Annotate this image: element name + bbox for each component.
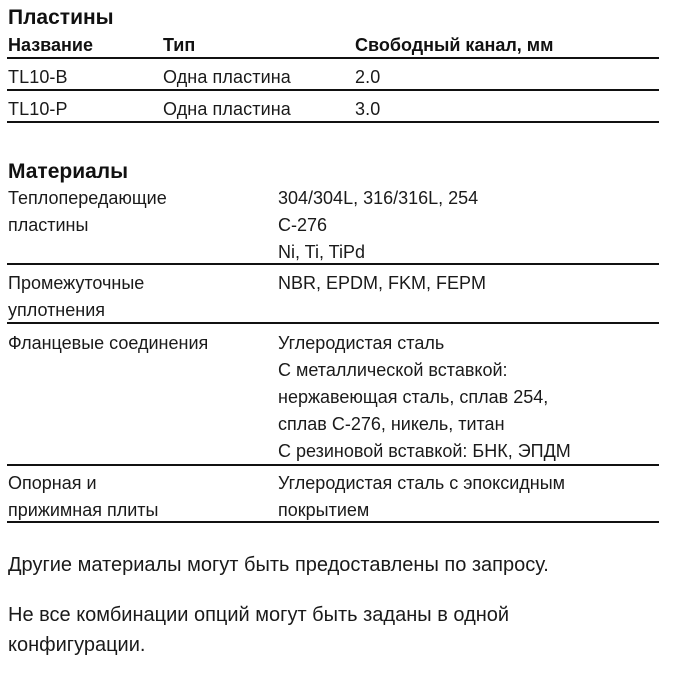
materials-section-title: Материалы [8,160,128,184]
material-label: Опорная и прижимная плиты [8,470,158,524]
label-line: прижимная плиты [8,497,158,524]
plates-section-title: Пластины [8,6,114,30]
value-line: C-276 [278,212,478,239]
value-line: 304/304L, 316/316L, 254 [278,185,478,212]
table-divider [7,57,659,59]
plate-free-channel: 2.0 [355,67,380,88]
value-line: NBR, EPDM, FKM, FEPM [278,270,486,297]
value-line: С резиновой вставкой: БНК, ЭПДМ [278,438,571,465]
note-other-materials: Другие материалы могут быть предоставлен… [8,550,648,580]
value-line: покрытием [278,497,565,524]
table-divider [7,521,659,523]
table-divider [7,121,659,123]
note-option-combinations: Не все комбинации опций могут быть задан… [8,600,648,660]
material-label: Теплопередающие пластины [8,185,167,239]
plate-free-channel: 3.0 [355,99,380,120]
value-line: Углеродистая сталь [278,330,571,357]
material-value: Углеродистая сталь с эпоксидным покрытие… [278,470,565,524]
value-line: сплав C-276, никель, титан [278,411,571,438]
table-divider [7,263,659,265]
table-divider [7,322,659,324]
label-line: Теплопередающие [8,185,167,212]
column-header-name: Название [8,35,93,56]
plate-type: Одна пластина [163,67,291,88]
value-line: Углеродистая сталь с эпоксидным [278,470,565,497]
label-line: Опорная и [8,470,158,497]
material-value: NBR, EPDM, FKM, FEPM [278,270,486,297]
value-line: С металлической вставкой: [278,357,571,384]
table-divider [7,464,659,466]
value-line: нержавеющая сталь, сплав 254, [278,384,571,411]
material-value: Углеродистая сталь С металлической встав… [278,330,571,465]
material-label: Фланцевые соединения [8,330,208,357]
material-label: Промежуточные уплотнения [8,270,144,324]
label-line: уплотнения [8,297,144,324]
label-line: Фланцевые соединения [8,330,208,357]
label-line: пластины [8,212,167,239]
plate-name: TL10-B [8,67,68,88]
table-divider [7,89,659,91]
value-line: Ni, Ti, TiPd [278,239,478,266]
column-header-free-channel: Свободный канал, мм [355,35,553,56]
label-line: Промежуточные [8,270,144,297]
plate-type: Одна пластина [163,99,291,120]
column-header-type: Тип [163,35,195,56]
material-value: 304/304L, 316/316L, 254 C-276 Ni, Ti, Ti… [278,185,478,266]
plate-name: TL10-P [8,99,68,120]
